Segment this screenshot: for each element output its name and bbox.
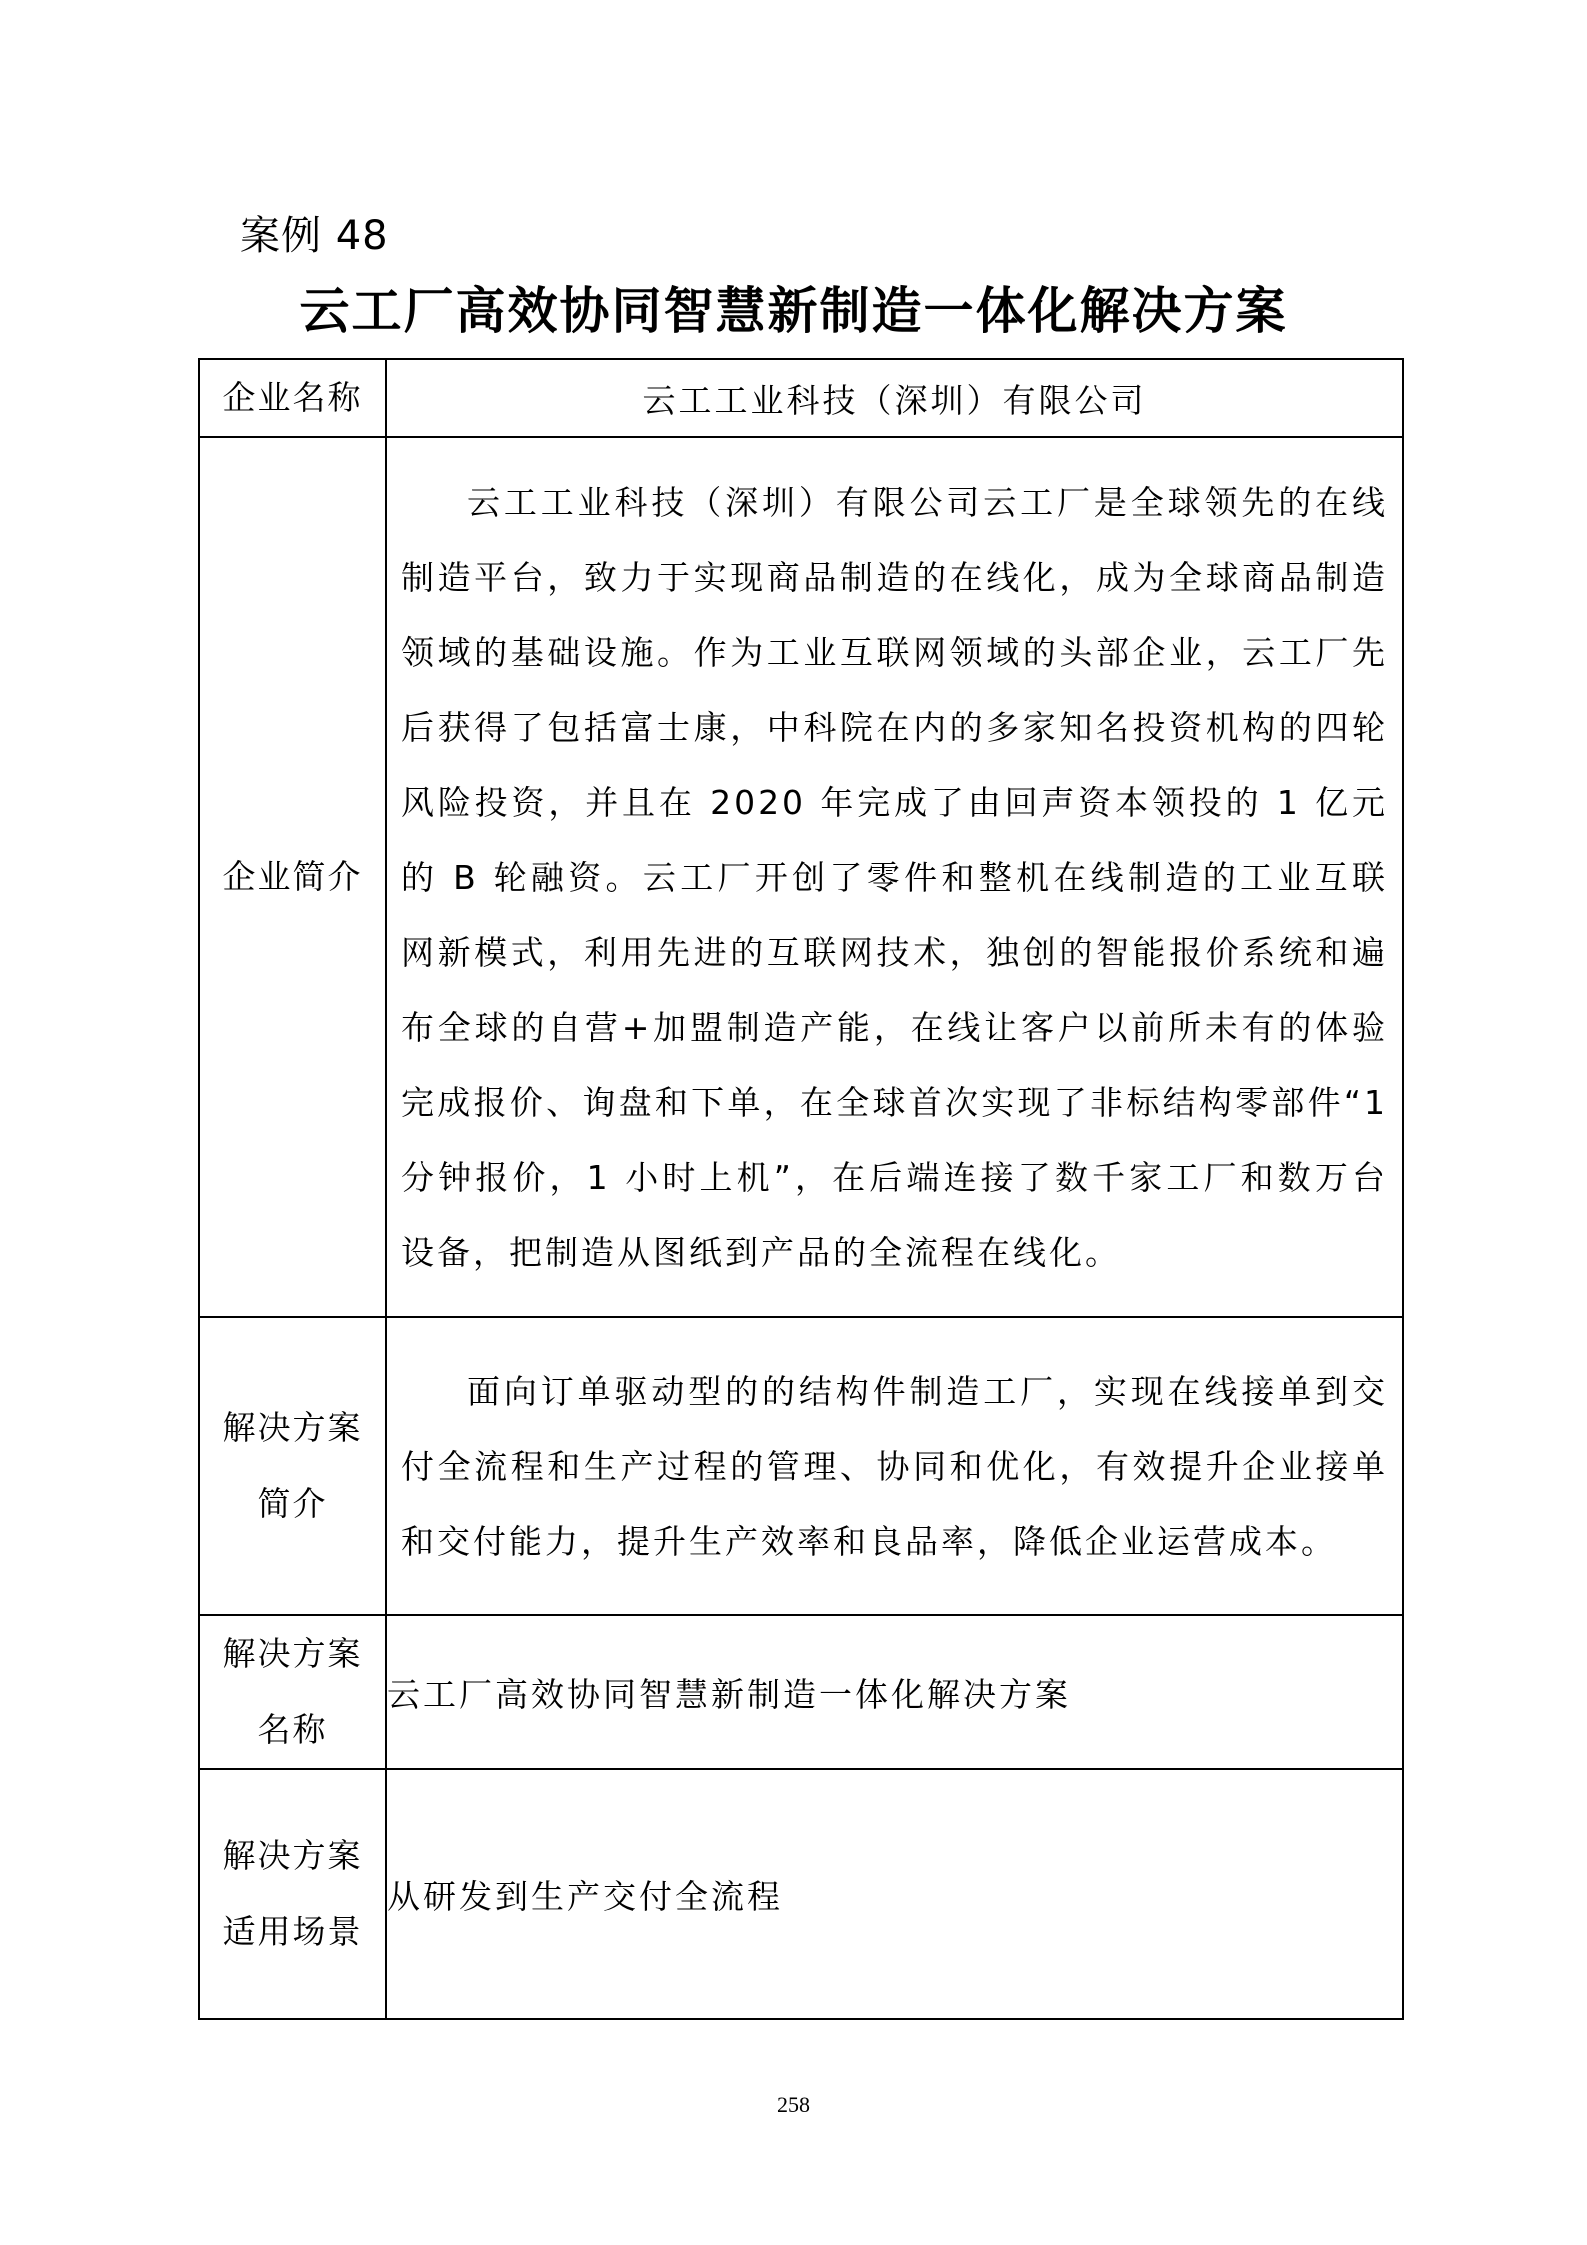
label-solution-intro-line2: 简介 xyxy=(200,1466,385,1542)
table-row-solution-scenario: 解决方案 适用场景 从研发到生产交付全流程 xyxy=(199,1769,1403,2019)
table-row-solution-name: 解决方案 名称 云工厂高效协同智慧新制造一体化解决方案 xyxy=(199,1615,1403,1769)
label-solution-name: 解决方案 名称 xyxy=(199,1615,386,1769)
label-solution-intro-line1: 解决方案 xyxy=(200,1390,385,1466)
label-company-intro: 企业简介 xyxy=(199,437,386,1317)
table-row-company-name: 企业名称 云工工业科技（深圳）有限公司 xyxy=(199,359,1403,437)
case-number: 案例 48 xyxy=(240,208,389,264)
page-number: 258 xyxy=(0,2092,1587,2118)
label-solution-intro: 解决方案 简介 xyxy=(199,1317,386,1615)
document-title: 云工厂高效协同智慧新制造一体化解决方案 xyxy=(0,276,1587,346)
case-info-table: 企业名称 云工工业科技（深圳）有限公司 企业简介 云工工业科技（深圳）有限公司云… xyxy=(198,358,1404,2020)
label-solution-name-line2: 名称 xyxy=(200,1692,385,1768)
label-solution-scenario: 解决方案 适用场景 xyxy=(199,1769,386,2019)
value-company-intro-cell: 云工工业科技（深圳）有限公司云工厂是全球领先的在线制造平台，致力于实现商品制造的… xyxy=(386,437,1403,1317)
label-solution-scenario-line1: 解决方案 xyxy=(200,1818,385,1894)
value-solution-intro-cell: 面向订单驱动型的的结构件制造工厂，实现在线接单到交付全流程和生产过程的管理、协同… xyxy=(386,1317,1403,1615)
value-solution-scenario: 从研发到生产交付全流程 xyxy=(386,1769,1403,2019)
solution-intro-text: 面向订单驱动型的的结构件制造工厂，实现在线接单到交付全流程和生产过程的管理、协同… xyxy=(387,1350,1402,1583)
label-solution-scenario-line2: 适用场景 xyxy=(200,1894,385,1970)
table-row-solution-intro: 解决方案 简介 面向订单驱动型的的结构件制造工厂，实现在线接单到交付全流程和生产… xyxy=(199,1317,1403,1615)
value-company-name: 云工工业科技（深圳）有限公司 xyxy=(386,359,1403,437)
label-solution-name-line1: 解决方案 xyxy=(200,1616,385,1692)
value-solution-name: 云工厂高效协同智慧新制造一体化解决方案 xyxy=(386,1615,1403,1769)
company-intro-text: 云工工业科技（深圳）有限公司云工厂是全球领先的在线制造平台，致力于实现商品制造的… xyxy=(387,439,1402,1316)
label-company-name: 企业名称 xyxy=(199,359,386,437)
table-row-company-intro: 企业简介 云工工业科技（深圳）有限公司云工厂是全球领先的在线制造平台，致力于实现… xyxy=(199,437,1403,1317)
